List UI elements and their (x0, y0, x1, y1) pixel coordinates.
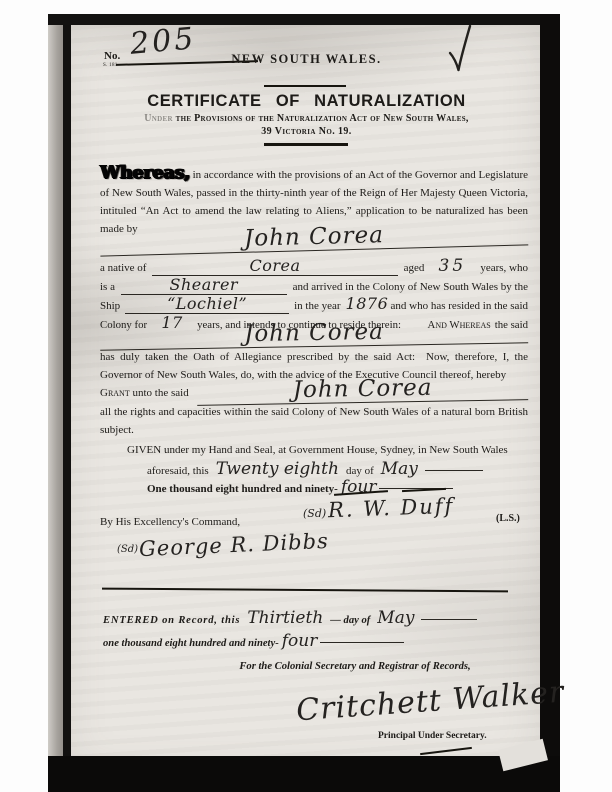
registrar-title: Principal Under Secretary. (378, 731, 487, 741)
native-country-handwritten: Corea (152, 256, 397, 276)
filler-line (421, 619, 477, 620)
record-year-handwritten: four (282, 631, 318, 651)
year-prefix: One thousand eight hundred and ninety- (147, 483, 338, 495)
arrived-text: and arrived in the Colony of New South W… (293, 281, 528, 293)
pen-tick-icon (447, 24, 473, 78)
divider-rule-top (264, 85, 346, 87)
divider-rule-bottom (264, 143, 348, 146)
record-year-row: one thousand eight hundred and ninety- f… (103, 631, 404, 651)
occupation-label: is a (100, 281, 115, 293)
native-label: a native of (100, 262, 146, 274)
native-of-row: a native of Corea aged 35 years, who (100, 256, 528, 276)
rights-paragraph: all the rights and capacities within the… (100, 404, 528, 439)
day-handwritten: Twenty eighth (216, 459, 339, 479)
sd-mark: (Sd) (117, 544, 138, 555)
filler-line (425, 470, 483, 471)
scan-left-edge (63, 14, 71, 792)
record-month-handwritten: May (377, 608, 414, 628)
document-title: CERTIFICATE OF NATURALIZATION (75, 92, 538, 111)
arrival-year-handwritten: 1876 (346, 294, 386, 313)
ship-label: Ship (100, 300, 120, 312)
ship-row: Ship “Lochiel” in the year 1876 and who … (100, 294, 528, 314)
applicant-name-handwritten: John Corea (196, 373, 528, 406)
scan-top-edge (48, 14, 560, 25)
whereas-word: Whereas, (100, 162, 190, 183)
applicant-name-handwritten: John Corea (100, 218, 529, 256)
subtitle-line2: 39 Victoria No. 19. (75, 126, 538, 137)
age-handwritten: 35 (430, 256, 474, 276)
entered-label: ENTERED on Record, this (103, 615, 240, 626)
subtitle-line1: Under the Provisions of the Naturalizati… (75, 113, 538, 124)
aged-suffix: years, who (480, 262, 528, 274)
given-line: GIVEN under my Hand and Seal, at Governm… (127, 444, 508, 456)
scanned-certificate-page: No. S. 181 205 NEW SOUTH WALES. CERTIFIC… (0, 0, 612, 792)
for-colonial-secretary-label: For the Colonial Secretary and Registrar… (190, 661, 520, 672)
entered-row: ENTERED on Record, this Thirtieth — day … (103, 608, 477, 628)
year-label: in the year (294, 300, 340, 312)
seal-mark: (L.S.) (496, 513, 520, 524)
applicant-name-line-2: John Corea (100, 320, 528, 346)
sd-mark: (Sd) (303, 507, 326, 520)
ship-name-handwritten: “Lochiel” (125, 294, 289, 314)
occupation-handwritten: Shearer (121, 275, 287, 295)
year-row: One thousand eight hundred and ninety- f… (147, 477, 453, 497)
grant-rest: unto the said (132, 387, 188, 399)
subtitle-rest: the Provisions of the Naturalization Act… (173, 113, 469, 124)
month-handwritten: May (381, 459, 418, 479)
filler-line (320, 642, 404, 643)
governor-signature: R. W. Duff (328, 494, 455, 522)
aged-label: aged (404, 262, 425, 274)
resided-text: and who has resided in the said (391, 300, 528, 312)
record-day-handwritten: Thirtieth (247, 608, 323, 628)
subtitle-faded-word: Under (144, 113, 173, 124)
applicant-name-line-1: John Corea (100, 224, 528, 252)
aforesaid-label: aforesaid, this (147, 465, 209, 477)
scan-bottom-edge (48, 756, 560, 792)
grant-row: Grant unto the said John Corea (100, 376, 528, 398)
day-of-label: day of (346, 465, 374, 477)
occupation-row: is a Shearer and arrived in the Colony o… (100, 275, 528, 295)
record-year-prefix: one thousand eight hundred and ninety- (103, 638, 279, 649)
applicant-name-handwritten: John Corea (100, 316, 528, 350)
grant-caps: Grant (100, 387, 130, 399)
date-row: aforesaid, this Twenty eighth day of May (147, 459, 483, 479)
record-day-of-label: — day of (330, 615, 370, 626)
command-label: By His Excellency's Command, (100, 516, 240, 528)
